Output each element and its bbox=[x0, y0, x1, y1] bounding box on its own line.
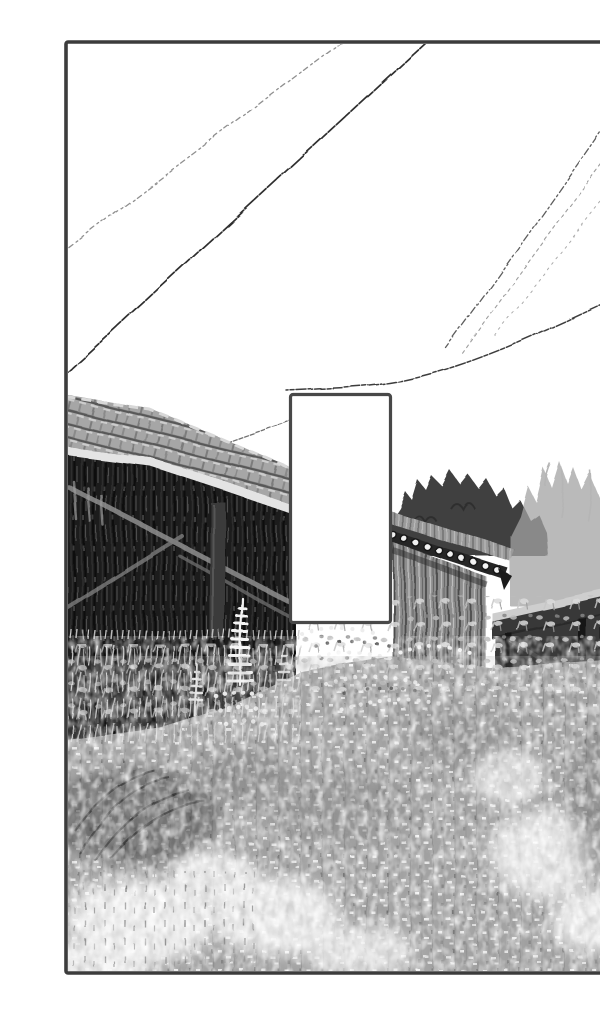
tile-cap bbox=[458, 555, 465, 562]
tile-cap bbox=[412, 539, 419, 546]
manga-page bbox=[40, 16, 600, 1000]
tile-cap bbox=[482, 562, 489, 569]
texture-noise-light bbox=[66, 636, 600, 973]
tile-cap bbox=[401, 535, 408, 542]
tile-cap bbox=[424, 543, 431, 550]
tile-cap bbox=[435, 547, 442, 554]
tile-cap bbox=[470, 558, 477, 565]
panel-artwork bbox=[40, 16, 600, 1000]
tile-cap bbox=[447, 551, 454, 558]
caption-box bbox=[291, 395, 391, 623]
